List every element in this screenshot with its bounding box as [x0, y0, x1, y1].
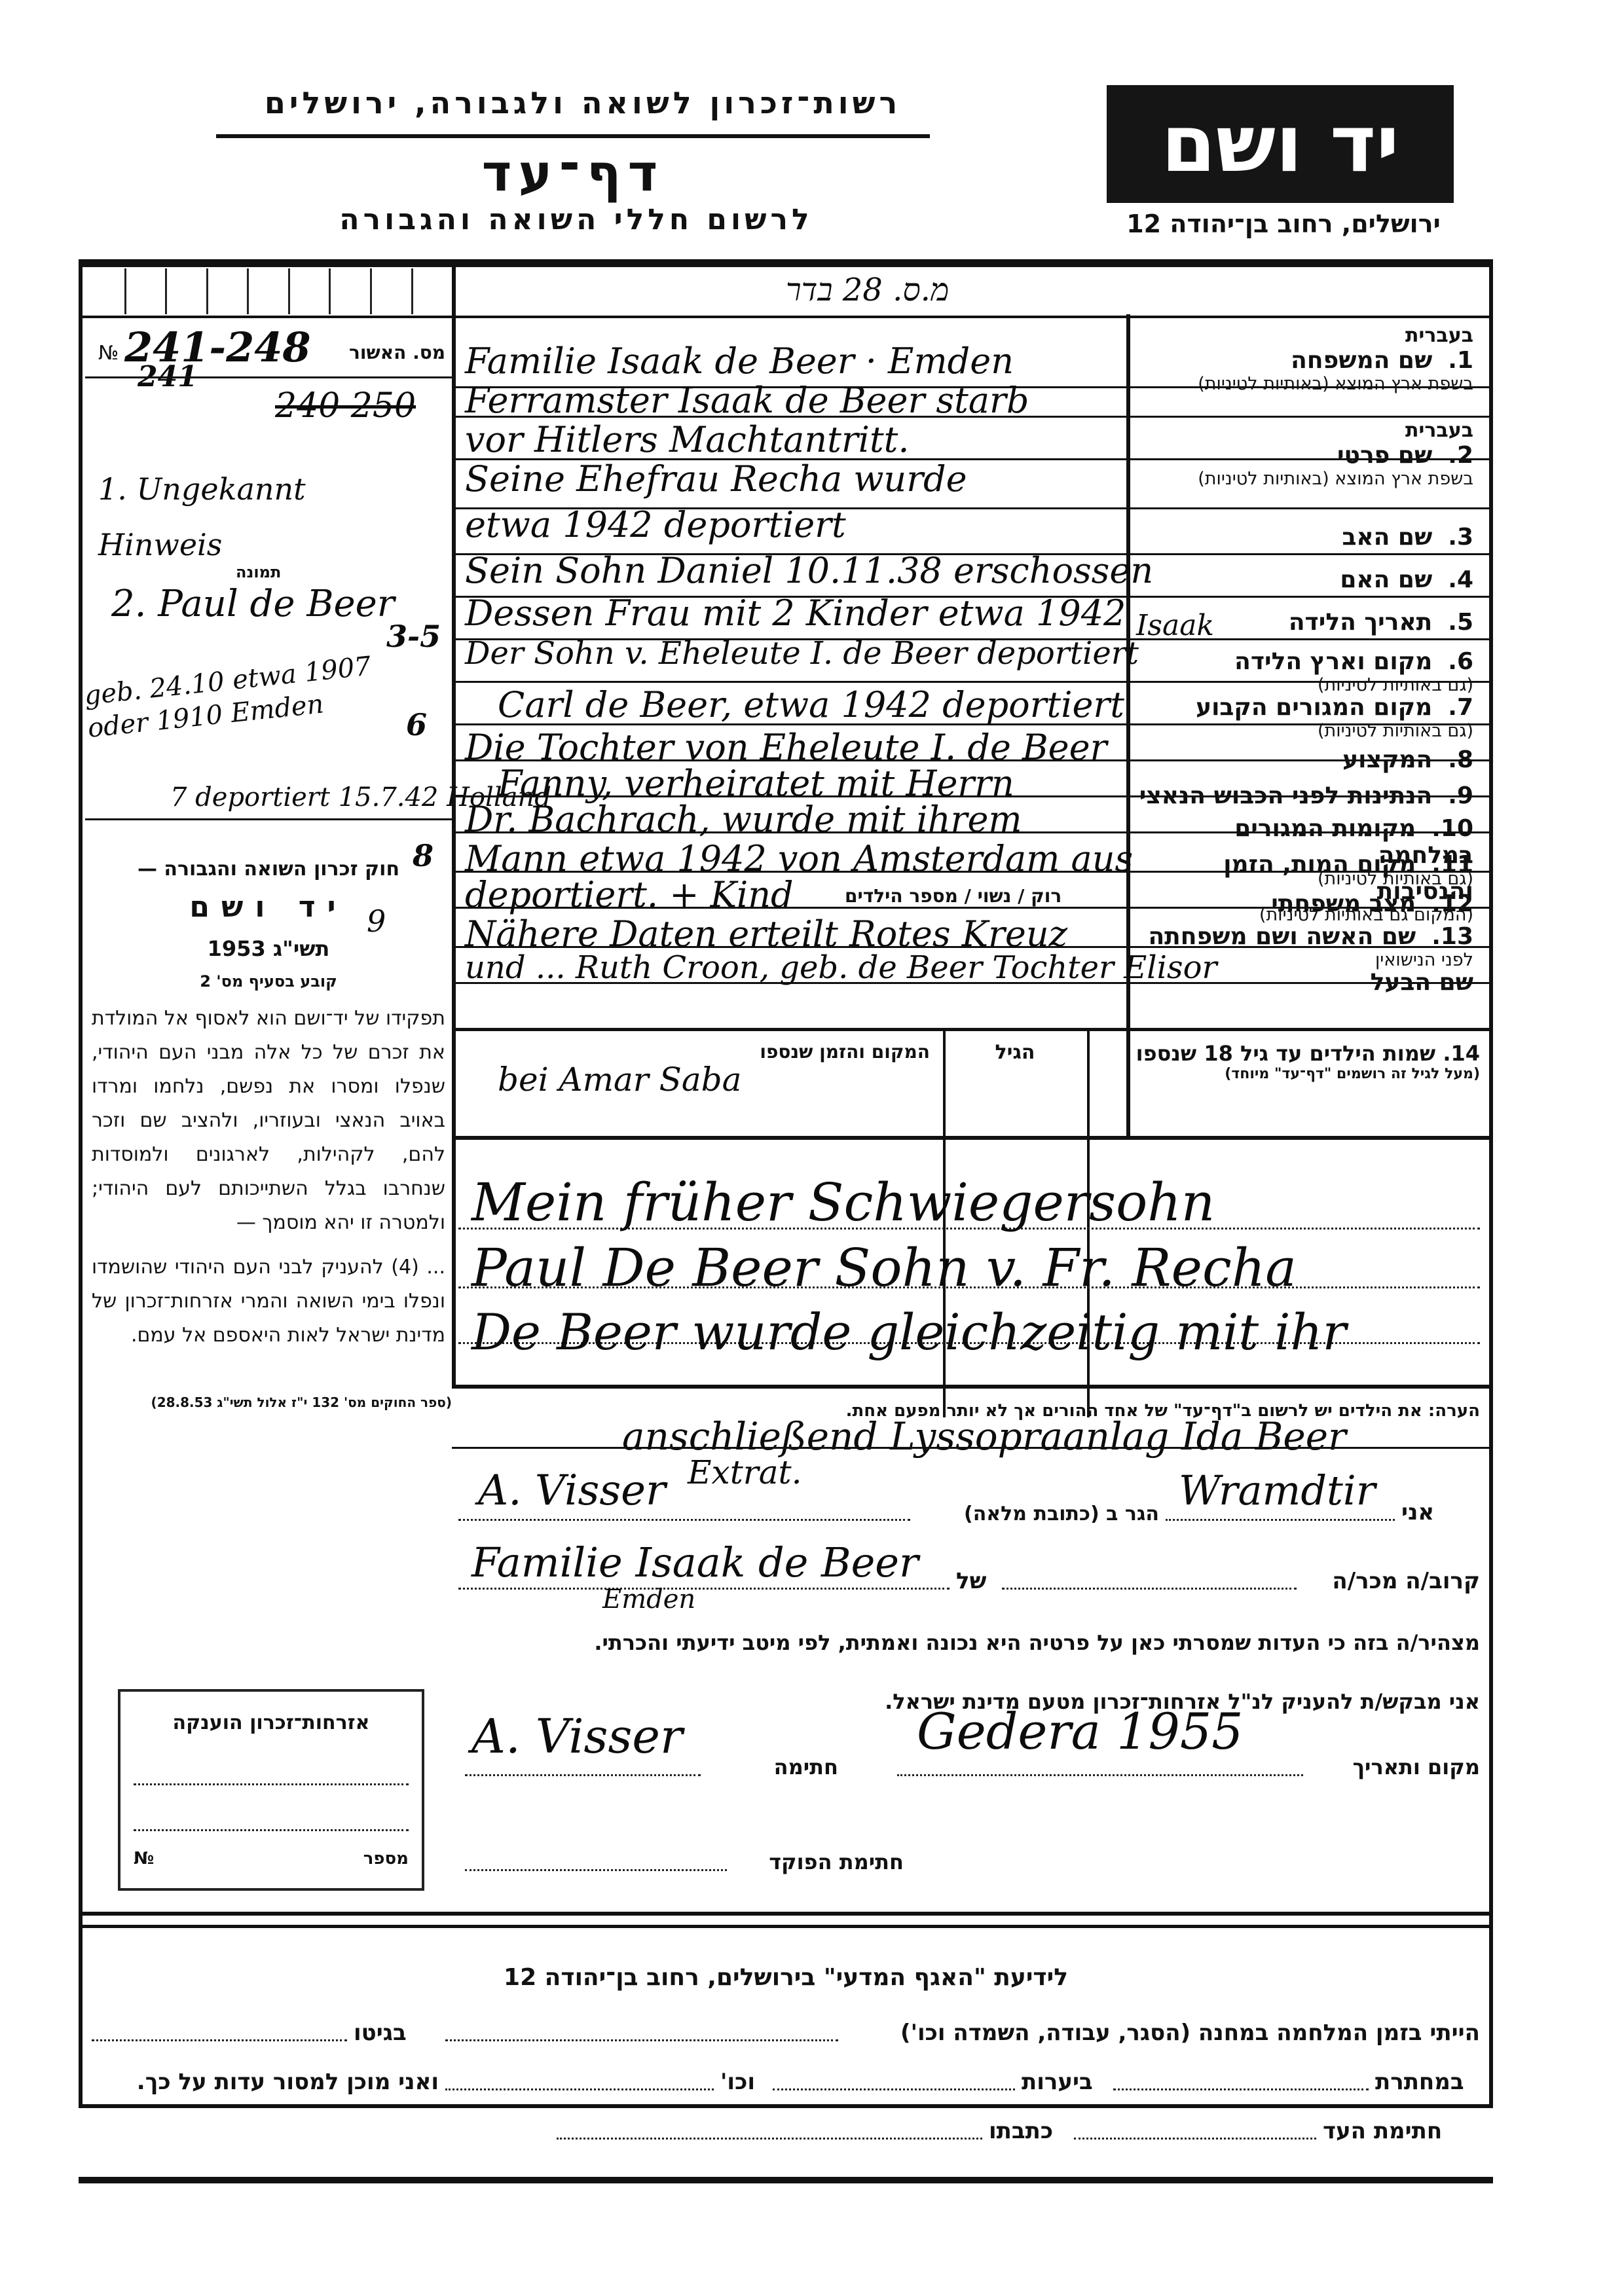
- row-divider: [79, 316, 1493, 318]
- registration-label: מס. האשור: [349, 342, 445, 363]
- field-2-label: בעברית 2.שם פרטי בשפת ארץ המוצא (באותיות…: [1133, 419, 1473, 489]
- handwritten-line: Sein Sohn Daniel 10.11.38 erschossen: [465, 550, 1153, 591]
- hebrew-tag: בעברית: [1133, 324, 1473, 347]
- field-number: 3.: [1448, 524, 1473, 551]
- of-value: Familie Isaak de Beer: [471, 1539, 919, 1586]
- logo-text: יד ושם: [1161, 99, 1399, 190]
- left-note: 6: [406, 707, 427, 742]
- law-clause: קובע בסעיף מס' 2: [111, 972, 426, 991]
- child-entry: De Beer wurde gleichzeitig mit ihr: [471, 1303, 1346, 1361]
- handwritten-line: Der Sohn v. Eheleute I. de Beer deportie…: [465, 635, 1139, 672]
- handwritten-line: Fanny, verheiratet mit Herrn: [498, 763, 1014, 804]
- left-note: 2. Paul de Beer: [111, 583, 395, 625]
- handwritten-line: und ... Ruth Croon, geb. de Beer Tochter…: [465, 949, 1217, 986]
- row-divider: [85, 818, 452, 820]
- field-6-label: 6.מקום וארץ הלידה(גם באותיות לטיניות): [1133, 648, 1473, 695]
- footer-ghetto-label: בגיטו: [354, 2020, 407, 2046]
- citizenship-number: № מספר: [134, 1849, 409, 1868]
- footer-camp-label: הייתי בזמן המלחמה במחנה (הסגר, עבודה, הש…: [851, 2020, 1480, 2046]
- left-note: 1. Ungekannt: [98, 471, 306, 507]
- registration-number: № 241-248 מס. האשור 241: [98, 327, 445, 373]
- law-title: חוק זכרון השואה והגבורה —: [111, 858, 426, 881]
- handwritten-line: Die Tochter von Eheleute I. de Beer: [465, 727, 1107, 768]
- top-handwritten-note: מ.ס. 28 בדר: [786, 272, 949, 308]
- field-1-label: בעברית 1.שם המשפחה בשפת ארץ המוצא (באותי…: [1133, 324, 1473, 394]
- field-3-label: 3.שם האב: [1133, 524, 1473, 551]
- children-section-label: 14. שמות הילדים עד גיל 18 שנספו (מעל לגי…: [1100, 1041, 1480, 1082]
- footer-underground-label: במחתרת: [1375, 2069, 1464, 2095]
- field-label: שם פרטי: [1337, 442, 1432, 469]
- field-4-label: 4.שם האם: [1133, 566, 1473, 593]
- field-label: שם המשפחה: [1291, 347, 1432, 374]
- place-value: bei Amar Saba: [498, 1061, 742, 1099]
- citizenship-title: אזרחות־זכרון הוענקה: [120, 1711, 422, 1734]
- children-status-label: רוק / נשוי / מספר הילדים: [845, 885, 1061, 907]
- field-sub: (מעל לגיל זה רושמים "דף־עד" מיוחד): [1100, 1066, 1480, 1082]
- address: ירושלים, רחוב בן־יהודה 12: [1107, 210, 1460, 238]
- law-name: יד ושם: [111, 890, 426, 924]
- child-entry: Paul De Beer Sohn v. Fr. Recha: [471, 1237, 1297, 1298]
- hebrew-tag: בעברית: [1133, 419, 1473, 442]
- section-divider: [452, 1385, 1493, 1389]
- organization-name: רשות־זכרון לשואה ולגבורה, ירושלים: [216, 85, 950, 120]
- place-date-value: Gedera 1955: [917, 1702, 1244, 1760]
- affirmation-text: מצהיר/ה בזה כי העדות שמסרתי כאן על פרטיה…: [458, 1630, 1480, 1655]
- field-12-label: 12.מצב משפחתי: [1133, 890, 1473, 917]
- frame-bottom-border: [79, 2177, 1493, 2183]
- handwritten-line: Seine Ehefrau Recha wurde: [465, 458, 967, 500]
- field-label: שם האב: [1342, 524, 1432, 551]
- declarant-name: A. Visser: [478, 1467, 666, 1515]
- handwritten-line: etwa 1942 deportiert: [465, 504, 846, 545]
- section-divider: [452, 1028, 1493, 1031]
- relative-label: קרוב/ה מכר/ה: [1303, 1568, 1480, 1594]
- signature-value: A. Visser: [471, 1709, 682, 1764]
- handwritten-line: Mann etwa 1942 von Amsterdam aus: [465, 838, 1133, 879]
- section-divider: [452, 1136, 1493, 1140]
- footer-title: לידיעת "האגף המדעי" בירושלים, רחוב בן־יה…: [458, 1964, 1113, 1991]
- note-handwriting: anschließend Lyssopraanlag Ida Beer: [622, 1414, 1346, 1459]
- handwritten-line: Nähere Daten erteilt Rotes Kreuz: [465, 913, 1067, 955]
- citizenship-box: אזרחות־זכרון הוענקה № מספר: [118, 1689, 424, 1891]
- field-7-label: 7.מקום המגורים הקבוע(גם באותיות לטיניות): [1133, 694, 1473, 741]
- field-label: מקום המגורים הקבוע: [1196, 694, 1432, 721]
- field-sub: (גם באותיות לטיניות): [1133, 675, 1473, 695]
- signature-label: חתימה: [707, 1755, 838, 1779]
- handwritten-line: deportiert. + Kind: [465, 874, 794, 915]
- field-number: 6.: [1448, 648, 1473, 675]
- form-title: דף־עד: [216, 144, 930, 203]
- handwritten-line: Dessen Frau mit 2 Kinder etwa 1942: [465, 592, 1126, 634]
- no-sign: №: [98, 342, 119, 365]
- footer-witness-signature-label: חתימת העד: [1323, 2118, 1442, 2144]
- footer-forests-label: ביערות: [1022, 2069, 1093, 2095]
- field-label: מצב משפחתי: [1271, 890, 1416, 917]
- field-label: מקום וארץ הלידה: [1234, 648, 1432, 675]
- of-value-2: Emden: [602, 1584, 695, 1614]
- header-divider: [216, 134, 930, 138]
- right-column-divider: [1126, 314, 1130, 1139]
- left-note: Hinweis: [98, 527, 222, 562]
- code-boxes: [85, 268, 452, 314]
- field-number: 4.: [1448, 566, 1473, 593]
- handwritten-line: Ferramster Isaak de Beer starb: [465, 380, 1029, 421]
- field-number: 11.: [1431, 851, 1473, 878]
- handwritten-line: Carl de Beer, etwa 1942 deportiert: [498, 684, 1124, 725]
- field-number: 14.: [1443, 1041, 1480, 1066]
- resident-value: Wramdtir: [1179, 1467, 1375, 1514]
- row-divider: [85, 376, 452, 378]
- handwritten-line: Familie Isaak de Beer · Emden: [465, 340, 1014, 382]
- handwritten-line: vor Hitlers Machtantritt.: [465, 419, 910, 460]
- place-date-label: מקום ותאריך: [1310, 1755, 1480, 1779]
- number-label: מספר: [363, 1849, 409, 1868]
- field-number: 7.: [1448, 694, 1473, 721]
- field-label: שמות הילדים עד גיל 18 שנספו: [1136, 1041, 1436, 1066]
- footer-etc-label: וכו': [720, 2069, 755, 2095]
- yad-vashem-logo: יד ושם: [1107, 85, 1454, 203]
- place-column-header: המקום והזמן שנספו: [655, 1041, 930, 1063]
- field-label: שם האם: [1340, 566, 1432, 593]
- inspector-signature-label: חתימת הפוקד: [733, 1850, 904, 1874]
- street-value: Extrat.: [688, 1453, 802, 1491]
- of-label: של: [956, 1568, 986, 1594]
- ani-label: אני: [1401, 1499, 1434, 1525]
- left-column-divider: [452, 262, 456, 1388]
- footer-divider: [79, 1925, 1493, 1928]
- field-label: תאריך הלידה: [1289, 609, 1432, 636]
- age-column-header: הגיל: [956, 1041, 1074, 1064]
- field-number: 2.: [1448, 442, 1473, 469]
- frame-top-border: [79, 259, 1493, 267]
- law-source: (ספר החוקים מס' 132 י"ז אלול תשי"ג 28.8.…: [92, 1394, 452, 1410]
- field-number: 5.: [1448, 609, 1473, 636]
- footer-address-label: כתבתו: [989, 2118, 1053, 2144]
- field-number: 10.: [1431, 815, 1473, 842]
- law-paragraph-1: תפקידו של יד־ושם הוא לאסוף אל המולדת את …: [92, 1002, 445, 1240]
- resident-label: הגר ב (כתובת מלאה): [917, 1503, 1159, 1525]
- field-sub: בשפת ארץ המוצא (באותיות לטיניות): [1133, 469, 1473, 489]
- handwritten-line: Dr. Bachrach, wurde mit ihrem: [465, 799, 1022, 840]
- law-paragraph-2: ... (4) להעניק לבני העם היהודי שהושמדו ו…: [92, 1250, 445, 1353]
- form-subtitle: לרשום חללי השואה והגבורה: [282, 203, 871, 236]
- law-year: תשי"ג 1953: [111, 936, 426, 961]
- margin-note: Isaak: [1136, 609, 1214, 642]
- field-number: 12.: [1431, 890, 1473, 917]
- child-entry: Mein früher Schwiegersohn: [471, 1172, 1215, 1233]
- field-number: 1.: [1448, 347, 1473, 374]
- field-sub: בשפת ארץ המוצא (באותיות לטיניות): [1133, 374, 1473, 394]
- footer-testimony-label: ואני מוכן למסור עדות על כך.: [85, 2069, 439, 2095]
- left-note-label: תמונה: [236, 563, 281, 581]
- no-sign: №: [134, 1849, 154, 1868]
- footer-divider: [79, 1912, 1493, 1916]
- crossed-registration: 240 250: [275, 386, 416, 426]
- row-divider: [452, 1447, 1493, 1449]
